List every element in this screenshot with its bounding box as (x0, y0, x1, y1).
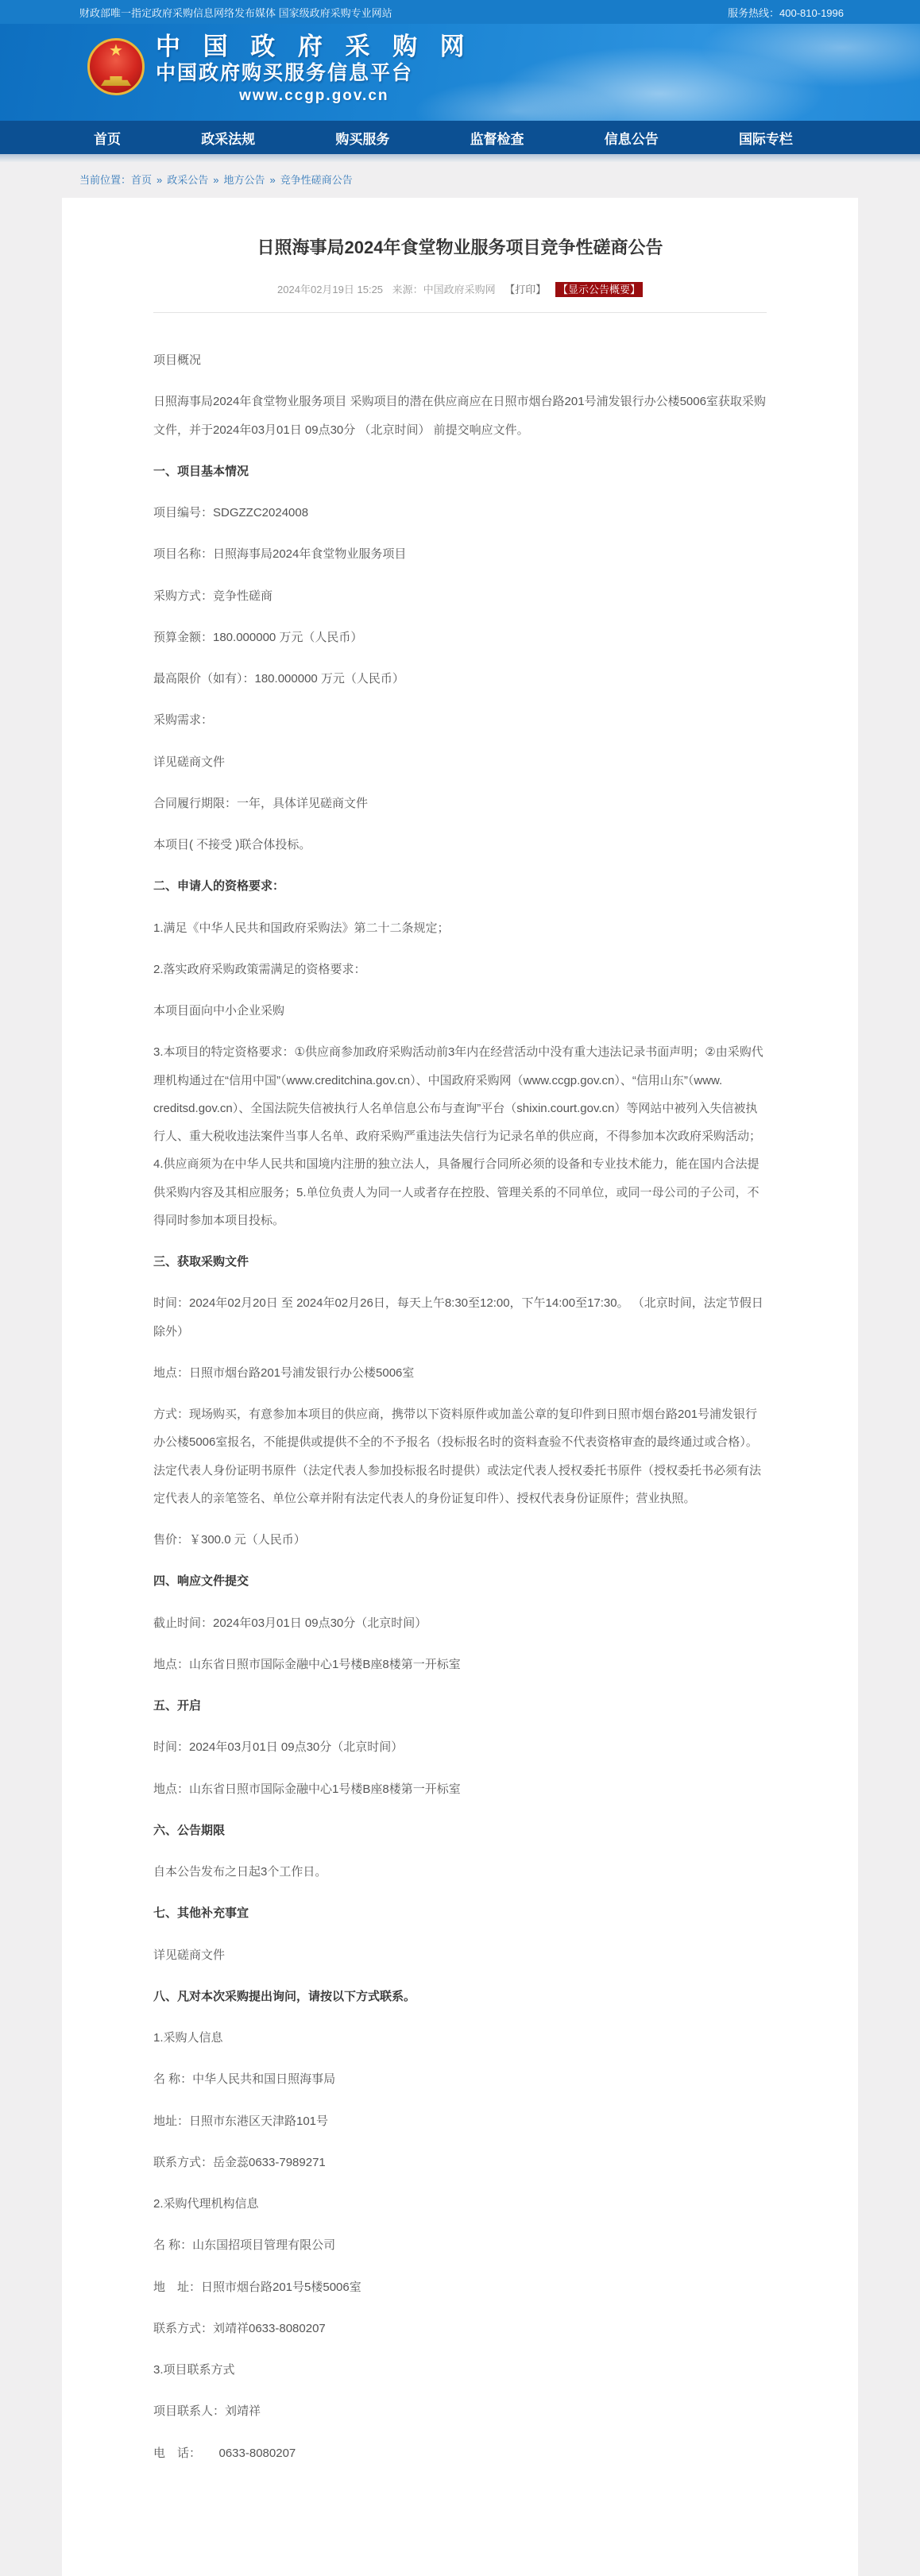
page-title: 日照海事局2024年食堂物业服务项目竞争性磋商公告 (153, 234, 767, 259)
topbar-slogan: 财政部唯一指定政府采购信息网络发布媒体 国家级政府采购专业网站 (79, 5, 392, 20)
print-button[interactable]: 【打印】 (504, 284, 546, 295)
article-paragraph: 项目联系人：刘靖祥 (153, 2397, 767, 2425)
article-paragraph: 方式：现场购买，有意参加本项目的供应商，携带以下资料原件或加盖公章的复印件到日照… (153, 1400, 767, 1512)
section-heading: 二、申请人的资格要求： (153, 872, 767, 900)
section-heading: 七、其他补充事宜 (153, 1899, 767, 1927)
article-body: 项目概况日照海事局2024年食堂物业服务项目 采购项目的潜在供应商应在日照市烟台… (153, 346, 767, 2467)
breadcrumb-separator: » (270, 174, 276, 186)
breadcrumb-link[interactable]: 地方公告 (224, 174, 265, 186)
article-paragraph: 售价：￥300.0 元（人民币） (153, 1526, 767, 1554)
meta-divider (153, 312, 767, 313)
main-nav: 首页政采法规购买服务监督检查信息公告国际专栏 (0, 121, 920, 154)
nav-item-announcements[interactable]: 信息公告 (605, 128, 659, 148)
breadcrumb-links: 首页»政采公告»地方公告»竞争性磋商公告 (131, 174, 353, 186)
breadcrumb-separator: » (157, 174, 162, 186)
breadcrumb-link[interactable]: 政采公告 (167, 174, 208, 186)
breadcrumb-separator: » (213, 174, 218, 186)
breadcrumb: 当前位置：首页»政采公告»地方公告»竞争性磋商公告 (0, 162, 920, 196)
article-paragraph: 最高限价（如有）：180.000000 万元（人民币） (153, 665, 767, 693)
article-paragraph: 联系方式：岳金蕊0633-7989271 (153, 2149, 767, 2176)
article-paragraph: 地点：山东省日照市国际金融中心1号楼B座8楼第一开标室 (153, 1651, 767, 1678)
summary-toggle-button[interactable]: 【显示公告概要】 (555, 282, 643, 297)
article-paragraph: 1.满足《中华人民共和国政府采购法》第二十二条规定； (153, 914, 767, 942)
article-paragraph: 截止时间：2024年03月01日 09点30分（北京时间） (153, 1609, 767, 1637)
article-paragraph: 本项目面向中小企业采购 (153, 997, 767, 1025)
service-hotline: 服务热线：400-810-1996 (728, 5, 844, 20)
section-heading: 六、公告期限 (153, 1817, 767, 1844)
article-paragraph: 2.采购代理机构信息 (153, 2190, 767, 2218)
nav-shadow (0, 154, 920, 162)
article-paragraph: 详见磋商文件 (153, 1941, 767, 1969)
article-paragraph: 地点：日照市烟台路201号浦发银行办公楼5006室 (153, 1359, 767, 1387)
article-paragraph: 项目编号：SDGZZC2024008 (153, 499, 767, 527)
article-paragraph: 详见磋商文件 (153, 748, 767, 776)
site-title: 中 国 政 府 采 购 网 (156, 32, 473, 61)
nav-item-home[interactable]: 首页 (94, 128, 121, 148)
nav-item-supervision[interactable]: 监督检查 (470, 128, 524, 148)
content-card: 日照海事局2024年食堂物业服务项目竞争性磋商公告 2024年02月19日 15… (62, 198, 858, 2576)
breadcrumb-link[interactable]: 竞争性磋商公告 (280, 174, 353, 186)
article-meta: 2024年02月19日 15:25 来源：中国政府采购网 【打印】 【显示公告概… (153, 281, 767, 296)
site-subtitle: 中国政府购买服务信息平台 (156, 61, 473, 86)
section-heading: 八、凡对本次采购提出询问，请按以下方式联系。 (153, 1983, 767, 2010)
article-paragraph: 合同履行期限：一年，具体详见磋商文件 (153, 790, 767, 817)
meta-datetime: 2024年02月19日 15:25 (277, 284, 383, 295)
article-paragraph: 地址：日照市东港区天津路101号 (153, 2107, 767, 2135)
article-paragraph: 项目概况 (153, 346, 767, 374)
article-paragraph: 地 址：日照市烟台路201号5楼5006室 (153, 2273, 767, 2301)
site-url: www.ccgp.gov.cn (156, 87, 473, 105)
article-paragraph: 采购需求： (153, 706, 767, 734)
site-header: ★ 中 国 政 府 采 购 网 中国政府购买服务信息平台 www.ccgp.go… (0, 24, 920, 121)
article-paragraph: 2.落实政府采购政策需满足的资格要求： (153, 956, 767, 983)
article-paragraph: 时间：2024年02月20日 至 2024年02月26日，每天上午8:30至12… (153, 1289, 767, 1346)
national-emblem-icon: ★ (87, 38, 145, 95)
section-heading: 三、获取采购文件 (153, 1248, 767, 1276)
nav-item-purchase-service[interactable]: 购买服务 (335, 128, 389, 148)
section-heading: 四、响应文件提交 (153, 1567, 767, 1595)
article-paragraph: 自本公告发布之日起3个工作日。 (153, 1858, 767, 1886)
breadcrumb-prefix: 当前位置： (79, 174, 131, 186)
article-paragraph: 名 称：山东国招项目管理有限公司 (153, 2231, 767, 2259)
article-paragraph: 电 话： 0633-8080207 (153, 2439, 767, 2467)
meta-source: 来源：中国政府采购网 (392, 284, 496, 295)
nav-item-international[interactable]: 国际专栏 (739, 128, 793, 148)
article-paragraph: 名 称：中华人民共和国日照海事局 (153, 2065, 767, 2093)
section-heading: 一、项目基本情况 (153, 458, 767, 485)
article-paragraph: 3.本项目的特定资格要求：①供应商参加政府采购活动前3年内在经营活动中没有重大违… (153, 1038, 767, 1234)
nav-item-regulations[interactable]: 政采法规 (201, 128, 255, 148)
section-heading: 五、开启 (153, 1692, 767, 1720)
site-logo[interactable]: ★ 中 国 政 府 采 购 网 中国政府购买服务信息平台 www.ccgp.go… (87, 32, 473, 105)
article-paragraph: 日照海事局2024年食堂物业服务项目 采购项目的潜在供应商应在日照市烟台路201… (153, 388, 767, 444)
article-paragraph: 地点：山东省日照市国际金融中心1号楼B座8楼第一开标室 (153, 1775, 767, 1803)
article-paragraph: 联系方式：刘靖祥0633-8080207 (153, 2315, 767, 2342)
article-paragraph: 预算金额：180.000000 万元（人民币） (153, 624, 767, 651)
breadcrumb-link[interactable]: 首页 (131, 174, 152, 186)
article-paragraph: 采购方式：竞争性磋商 (153, 582, 767, 610)
article-paragraph: 时间：2024年03月01日 09点30分（北京时间） (153, 1733, 767, 1761)
article-paragraph: 3.项目联系方式 (153, 2356, 767, 2384)
article-paragraph: 本项目( 不接受 )联合体投标。 (153, 831, 767, 859)
article-paragraph: 项目名称：日照海事局2024年食堂物业服务项目 (153, 540, 767, 568)
article-paragraph: 1.采购人信息 (153, 2024, 767, 2052)
topbar: 财政部唯一指定政府采购信息网络发布媒体 国家级政府采购专业网站 服务热线：400… (0, 0, 920, 24)
